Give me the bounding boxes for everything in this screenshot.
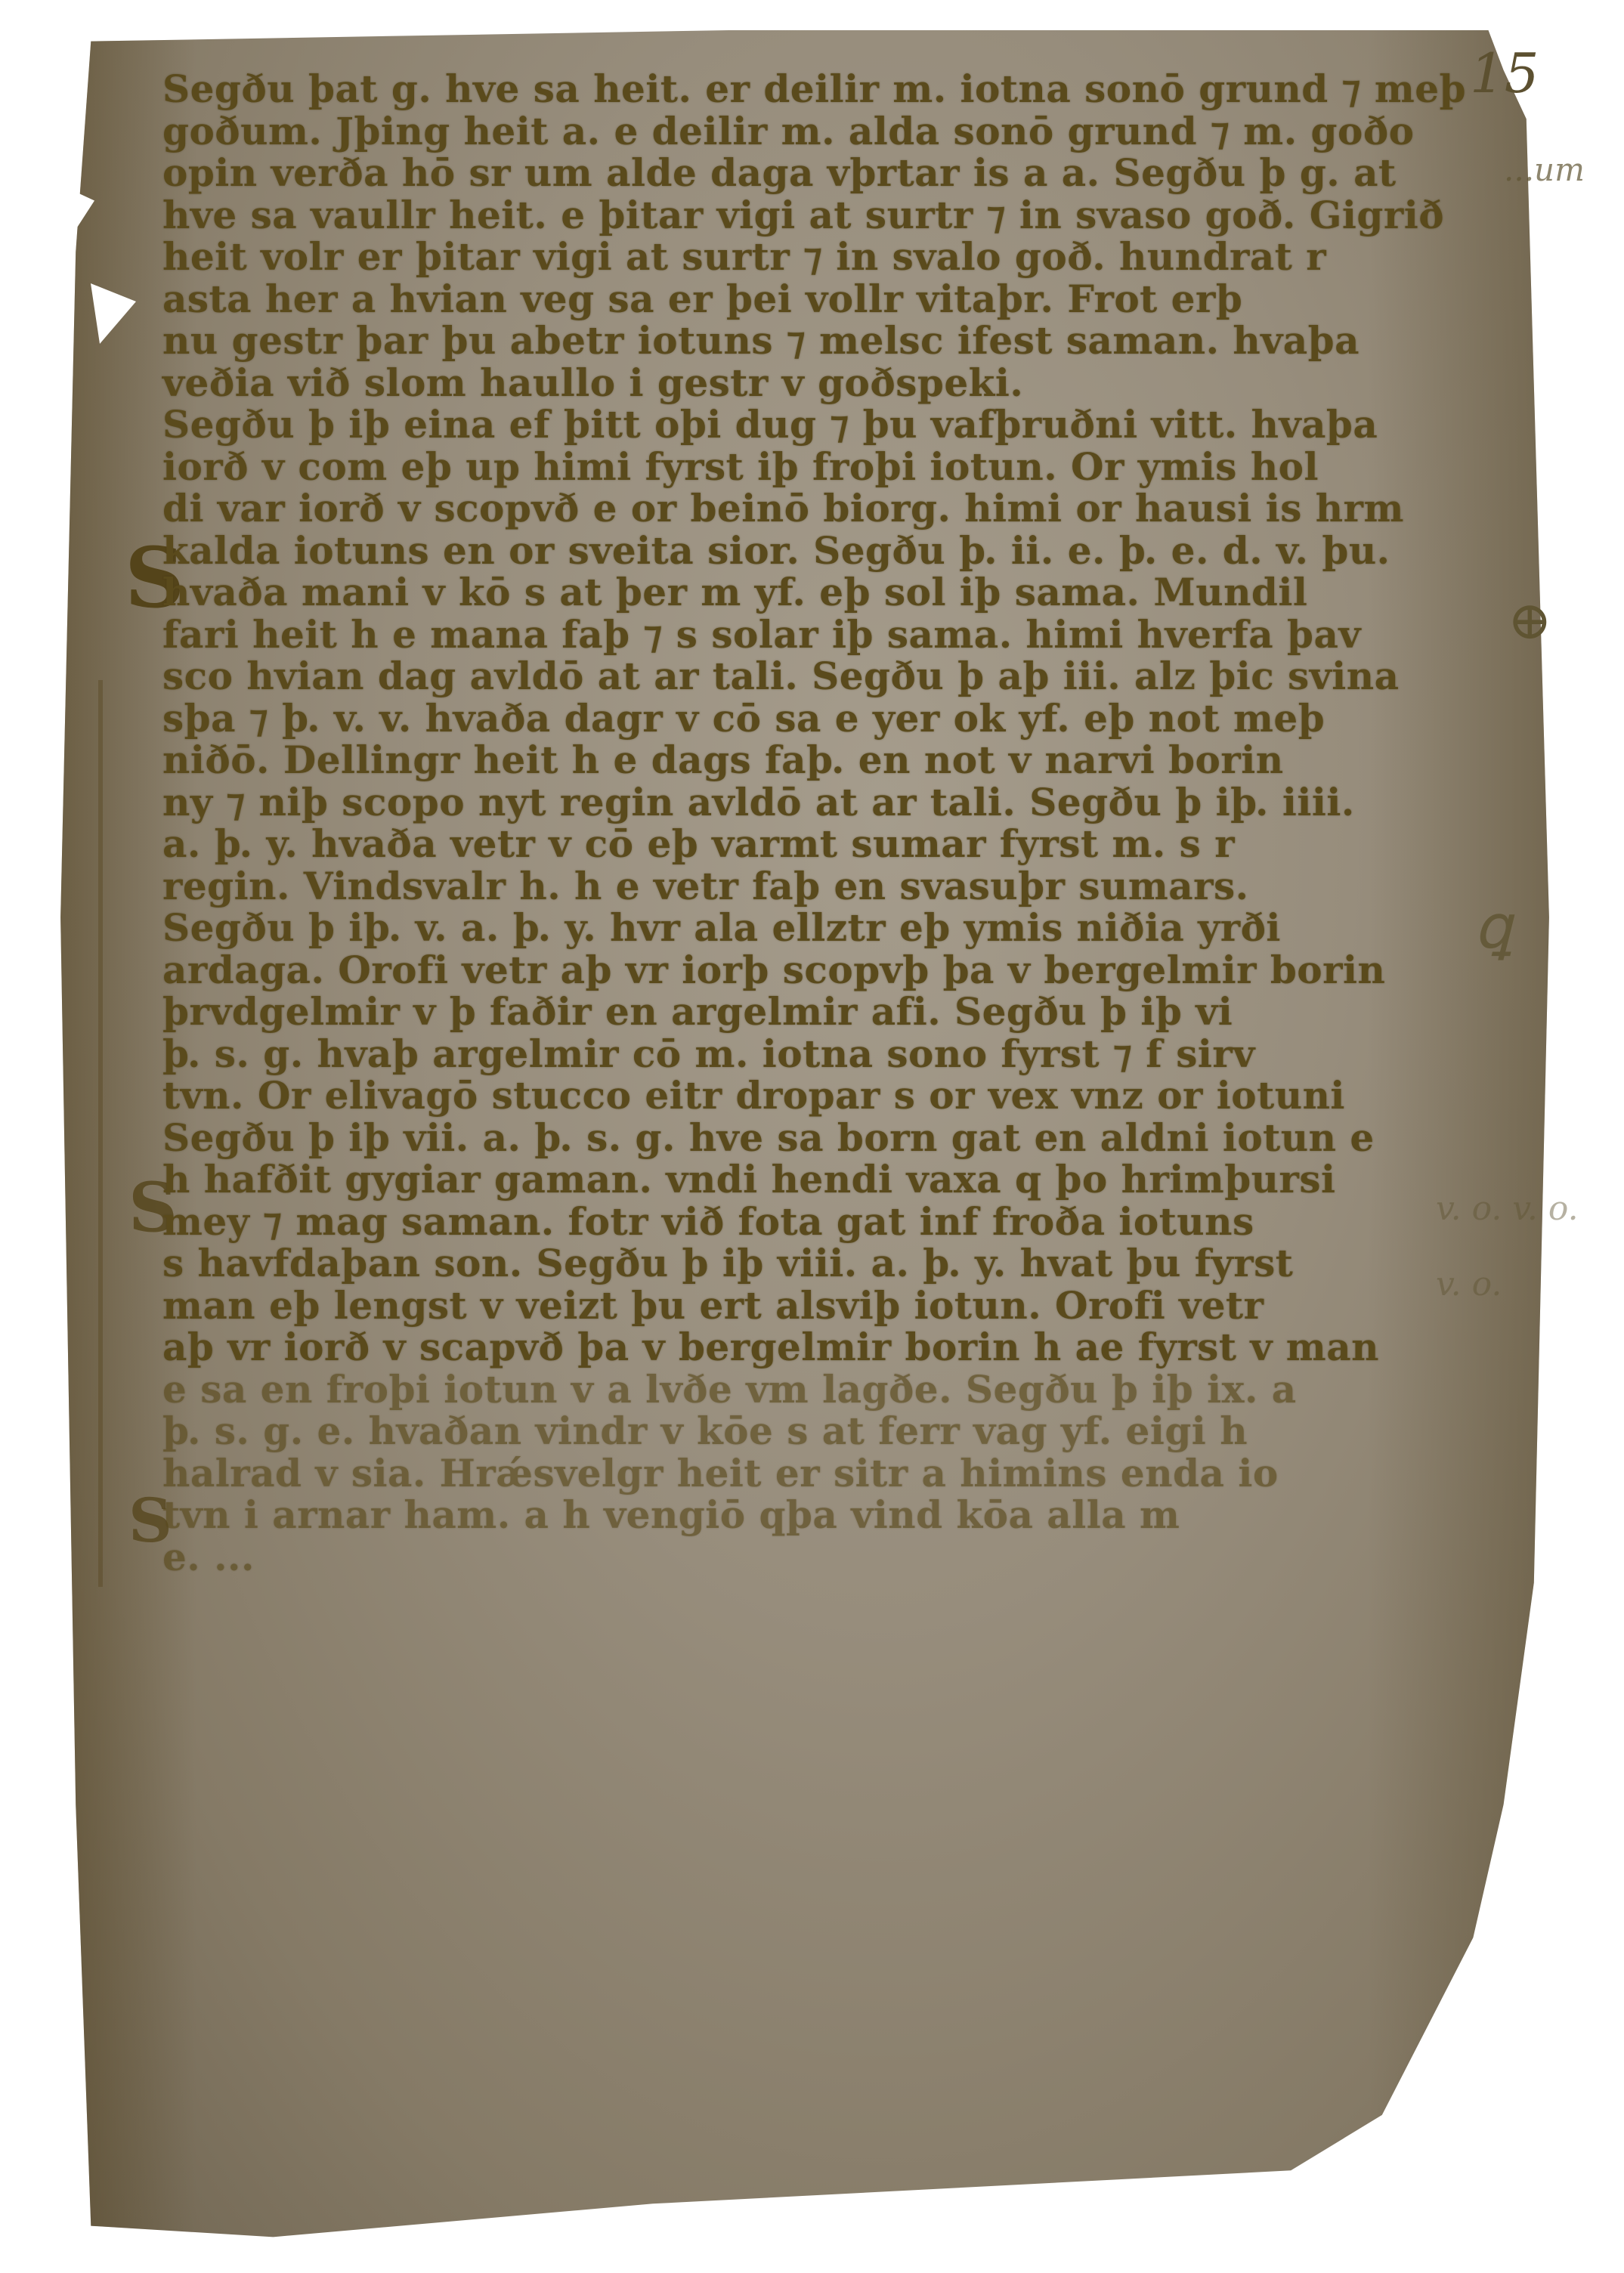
text-line: man eþ lengst v veizt þu ert alsviþ iotu… [162,1285,1462,1327]
text-line: Segðu þ iþ eina ef þitt oþi dug ⁊ þu vaf… [162,404,1462,446]
text-line: veðia við slom haullo i gestr v goðspeki… [162,362,1462,404]
text-line: þ. s. g. e. hvaðan vindr v kōe s at ferr… [162,1410,1462,1452]
margin-note: ...um [1504,151,1585,188]
text-line: hvaða mani v kō s at þer m yf. eþ sol iþ… [162,571,1462,614]
text-line: Segðu þat g. hve sa heit. er deilir m. i… [162,68,1462,110]
text-line: Segðu þ iþ vii. a. þ. s. g. hve sa born … [162,1117,1462,1159]
text-line: e. ... [162,1536,1462,1579]
text-line: þ. s. g. hvaþ argelmir cō m. iotna sono … [162,1033,1462,1075]
text-line: tvn. Or elivagō stucco eitr dropar s or … [162,1075,1462,1117]
circled-mark-icon: ⊕ [1508,589,1552,651]
folio-number: 15 [1470,42,1539,105]
text-line: sco hvian dag avldō at ar tali. Segðu þ … [162,655,1462,697]
text-line: regin. Vindsvalr h. h e vetr faþ en svas… [162,865,1462,908]
text-line: asta her a hvian veg sa er þei vollr vit… [162,278,1462,320]
text-line: þrvdgelmir v þ faðir en argelmir afi. Se… [162,991,1462,1033]
text-line: hve sa vaullr heit. e þitar vigi at surt… [162,194,1462,237]
text-line: Segðu þ iþ. v. a. þ. y. hvr ala ellztr e… [162,907,1462,949]
manuscript-text-block: Segðu þat g. hve sa heit. er deilir m. i… [162,68,1462,1578]
left-margin-marks [98,680,141,1587]
text-line: kalda iotuns en or sveita sior. Segðu þ.… [162,530,1462,572]
text-line: a. þ. y. hvaða vetr v cō eþ varmt sumar … [162,823,1462,865]
torn-edge-notch [45,83,79,151]
text-line: sþa ⁊ þ. v. v. hvaða dagr v cō sa e yer … [162,697,1462,740]
text-line: tvn i arnar ham. a h vengiō qþa vind kōa… [162,1494,1462,1536]
text-line: halrad v sia. Hrǽsvelgr heit er sitr a h… [162,1452,1462,1495]
text-line: aþ vr iorð v scapvð þa v bergelmir borin… [162,1326,1462,1368]
text-line: h hafðit gygiar gaman. vndi hendi vaxa q… [162,1158,1462,1201]
text-line: ardaga. Orofi vetr aþ vr iorþ scopvþ þa … [162,949,1462,991]
text-line: ny ⁊ niþ scopo nyt regin avldō at ar tal… [162,781,1462,824]
margin-scrawl: ꝗ [1474,892,1512,962]
text-line: e sa en froþi iotun v a lvðe vm lagðe. S… [162,1368,1462,1411]
text-line: niðō. Dellingr heit h e dags faþ. en not… [162,739,1462,781]
text-line: s havfdaþan son. Segðu þ iþ viii. a. þ. … [162,1242,1462,1285]
text-line: opin verða hō sr um alde daga vþrtar is … [162,152,1462,194]
text-line: fari heit h e mana faþ ⁊ s solar iþ sama… [162,614,1462,656]
text-line: heit volr er þitar vigi at surtr ⁊ in sv… [162,236,1462,278]
text-line: nu gestr þar þu abetr iotuns ⁊ melsc ife… [162,320,1462,362]
text-line: goðum. Jþing heit a. e deilir m. alda so… [162,110,1462,153]
text-line: mey ⁊ mag saman. fotr við fota gat inf f… [162,1201,1462,1243]
text-line: di var iorð v scopvð e or beinō biorg. h… [162,487,1462,530]
text-line: iorð v com eþ up himi fyrst iþ froþi iot… [162,446,1462,488]
